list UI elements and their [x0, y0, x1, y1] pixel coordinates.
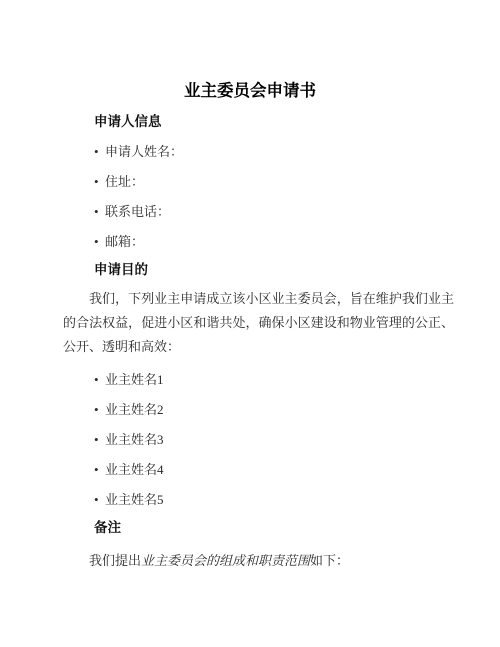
bullet-icon: • [94, 233, 105, 250]
owner-name-3: 业主姓名3 [105, 431, 164, 448]
applicant-name-label: 申请人姓名： [105, 143, 183, 160]
list-item-applicant-name: • 申请人姓名： [94, 143, 454, 160]
section-heading-purpose: 申请目的 [94, 261, 440, 278]
remarks-paragraph: 我们提出业主委员会的组成和职责范围如下： [63, 549, 454, 573]
owner-name-5: 业主姓名5 [105, 491, 164, 508]
remarks-emphasis: 业主委员会的组成和职责范围 [141, 553, 310, 568]
owner-name-2: 业主姓名2 [105, 401, 164, 418]
document-title: 业主委员会申请书 [0, 0, 500, 101]
phone-label: 联系电话： [105, 203, 170, 220]
list-item-phone: • 联系电话： [94, 203, 454, 220]
purpose-paragraph: 我们，下列业主申请成立该小区业主委员会，旨在维护我们业主的合法权益，促进小区和谐… [63, 287, 454, 359]
bullet-icon: • [94, 371, 105, 388]
list-item-owner-5: • 业主姓名5 [94, 491, 454, 508]
remarks-prefix: 我们提出 [89, 553, 141, 568]
bullet-icon: • [94, 431, 105, 448]
bullet-icon: • [94, 173, 105, 190]
email-label: 邮箱： [105, 233, 144, 250]
list-item-owner-4: • 业主姓名4 [94, 461, 454, 478]
owner-name-4: 业主姓名4 [105, 461, 164, 478]
owner-name-1: 业主姓名1 [105, 371, 164, 388]
applicant-info-list: • 申请人姓名： • 住址： • 联系电话： • 邮箱： [0, 143, 500, 250]
list-item-owner-3: • 业主姓名3 [94, 431, 454, 448]
remarks-suffix: 如下： [310, 553, 349, 568]
bullet-icon: • [94, 491, 105, 508]
document-page: 业主委员会申请书 申请人信息 • 申请人姓名： • 住址： • 联系电话： • … [0, 0, 500, 647]
bullet-icon: • [94, 461, 105, 478]
list-item-owner-2: • 业主姓名2 [94, 401, 454, 418]
list-item-email: • 邮箱： [94, 233, 454, 250]
list-item-address: • 住址： [94, 173, 454, 190]
address-label: 住址： [105, 173, 144, 190]
section-heading-remarks: 备注 [94, 519, 440, 536]
bullet-icon: • [94, 203, 105, 220]
list-item-owner-1: • 业主姓名1 [94, 371, 454, 388]
owners-list: • 业主姓名1 • 业主姓名2 • 业主姓名3 • 业主姓名4 • 业主姓名5 [0, 371, 500, 508]
bullet-icon: • [94, 143, 105, 160]
section-heading-applicant-info: 申请人信息 [94, 113, 440, 130]
bullet-icon: • [94, 401, 105, 418]
